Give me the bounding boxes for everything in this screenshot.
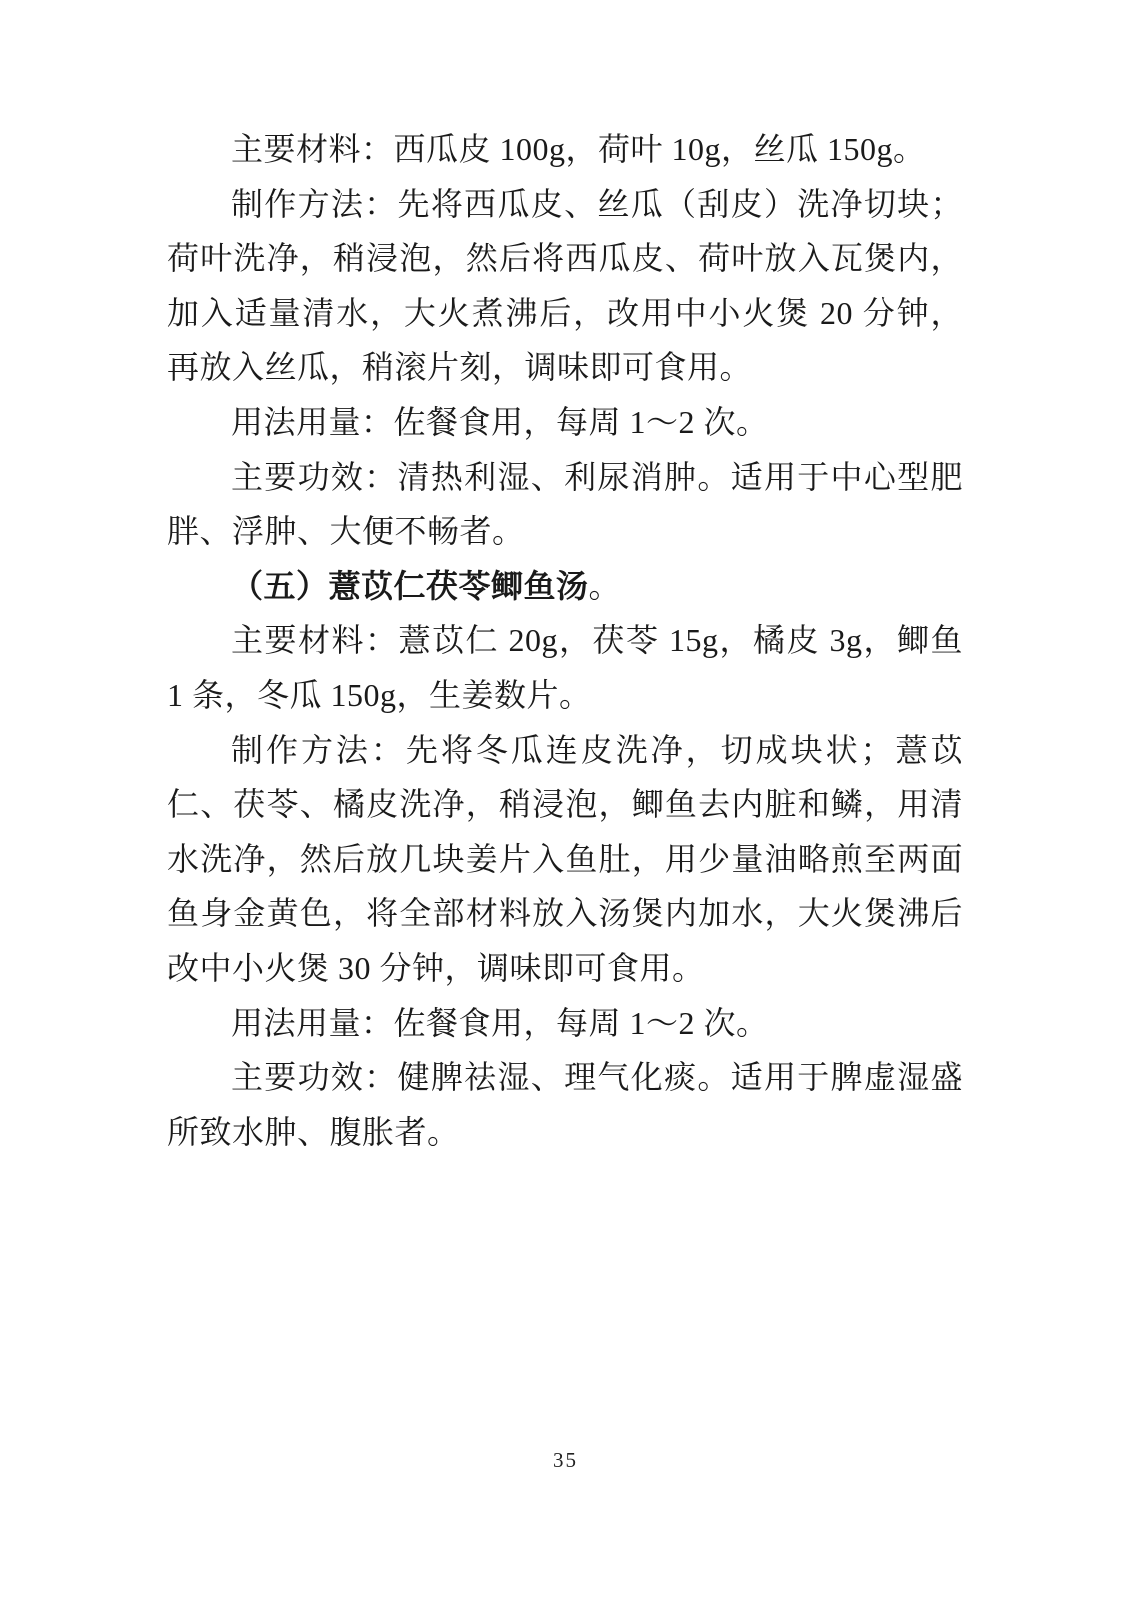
paragraph-main-effects-1: 主要功效：清热利湿、利尿消肿。适用于中心型肥胖、浮肿、大便不畅者。 bbox=[167, 450, 963, 559]
paragraph-preparation-method-2: 制作方法：先将冬瓜连皮洗净，切成块状；薏苡仁、茯苓、橘皮洗净，稍浸泡，鲫鱼去内脏… bbox=[167, 723, 963, 996]
document-body: 主要材料：西瓜皮 100g，荷叶 10g，丝瓜 150g。 制作方法：先将西瓜皮… bbox=[167, 122, 963, 1159]
document-page: 主要材料：西瓜皮 100g，荷叶 10g，丝瓜 150g。 制作方法：先将西瓜皮… bbox=[0, 0, 1131, 1600]
recipe-heading-text: （五）薏苡仁茯苓鲫鱼汤 bbox=[231, 568, 589, 604]
paragraph-main-effects-2: 主要功效：健脾祛湿、理气化痰。适用于脾虚湿盛所致水肿、腹胀者。 bbox=[167, 1050, 963, 1159]
paragraph-main-ingredients-2: 主要材料：薏苡仁 20g，茯苓 15g，橘皮 3g，鲫鱼 1 条，冬瓜 150g… bbox=[167, 613, 963, 722]
recipe-heading-five: （五）薏苡仁茯苓鲫鱼汤。 bbox=[167, 559, 963, 614]
recipe-heading-period: 。 bbox=[589, 568, 622, 604]
paragraph-main-ingredients-1: 主要材料：西瓜皮 100g，荷叶 10g，丝瓜 150g。 bbox=[167, 122, 963, 177]
paragraph-usage-dosage-2: 用法用量：佐餐食用，每周 1～2 次。 bbox=[167, 996, 963, 1051]
page-number: 35 bbox=[553, 1448, 578, 1472]
paragraph-preparation-method-1: 制作方法：先将西瓜皮、丝瓜（刮皮）洗净切块；荷叶洗净，稍浸泡，然后将西瓜皮、荷叶… bbox=[167, 177, 963, 395]
paragraph-usage-dosage-1: 用法用量：佐餐食用，每周 1～2 次。 bbox=[167, 395, 963, 450]
page-footer: 35 bbox=[0, 1448, 1131, 1473]
